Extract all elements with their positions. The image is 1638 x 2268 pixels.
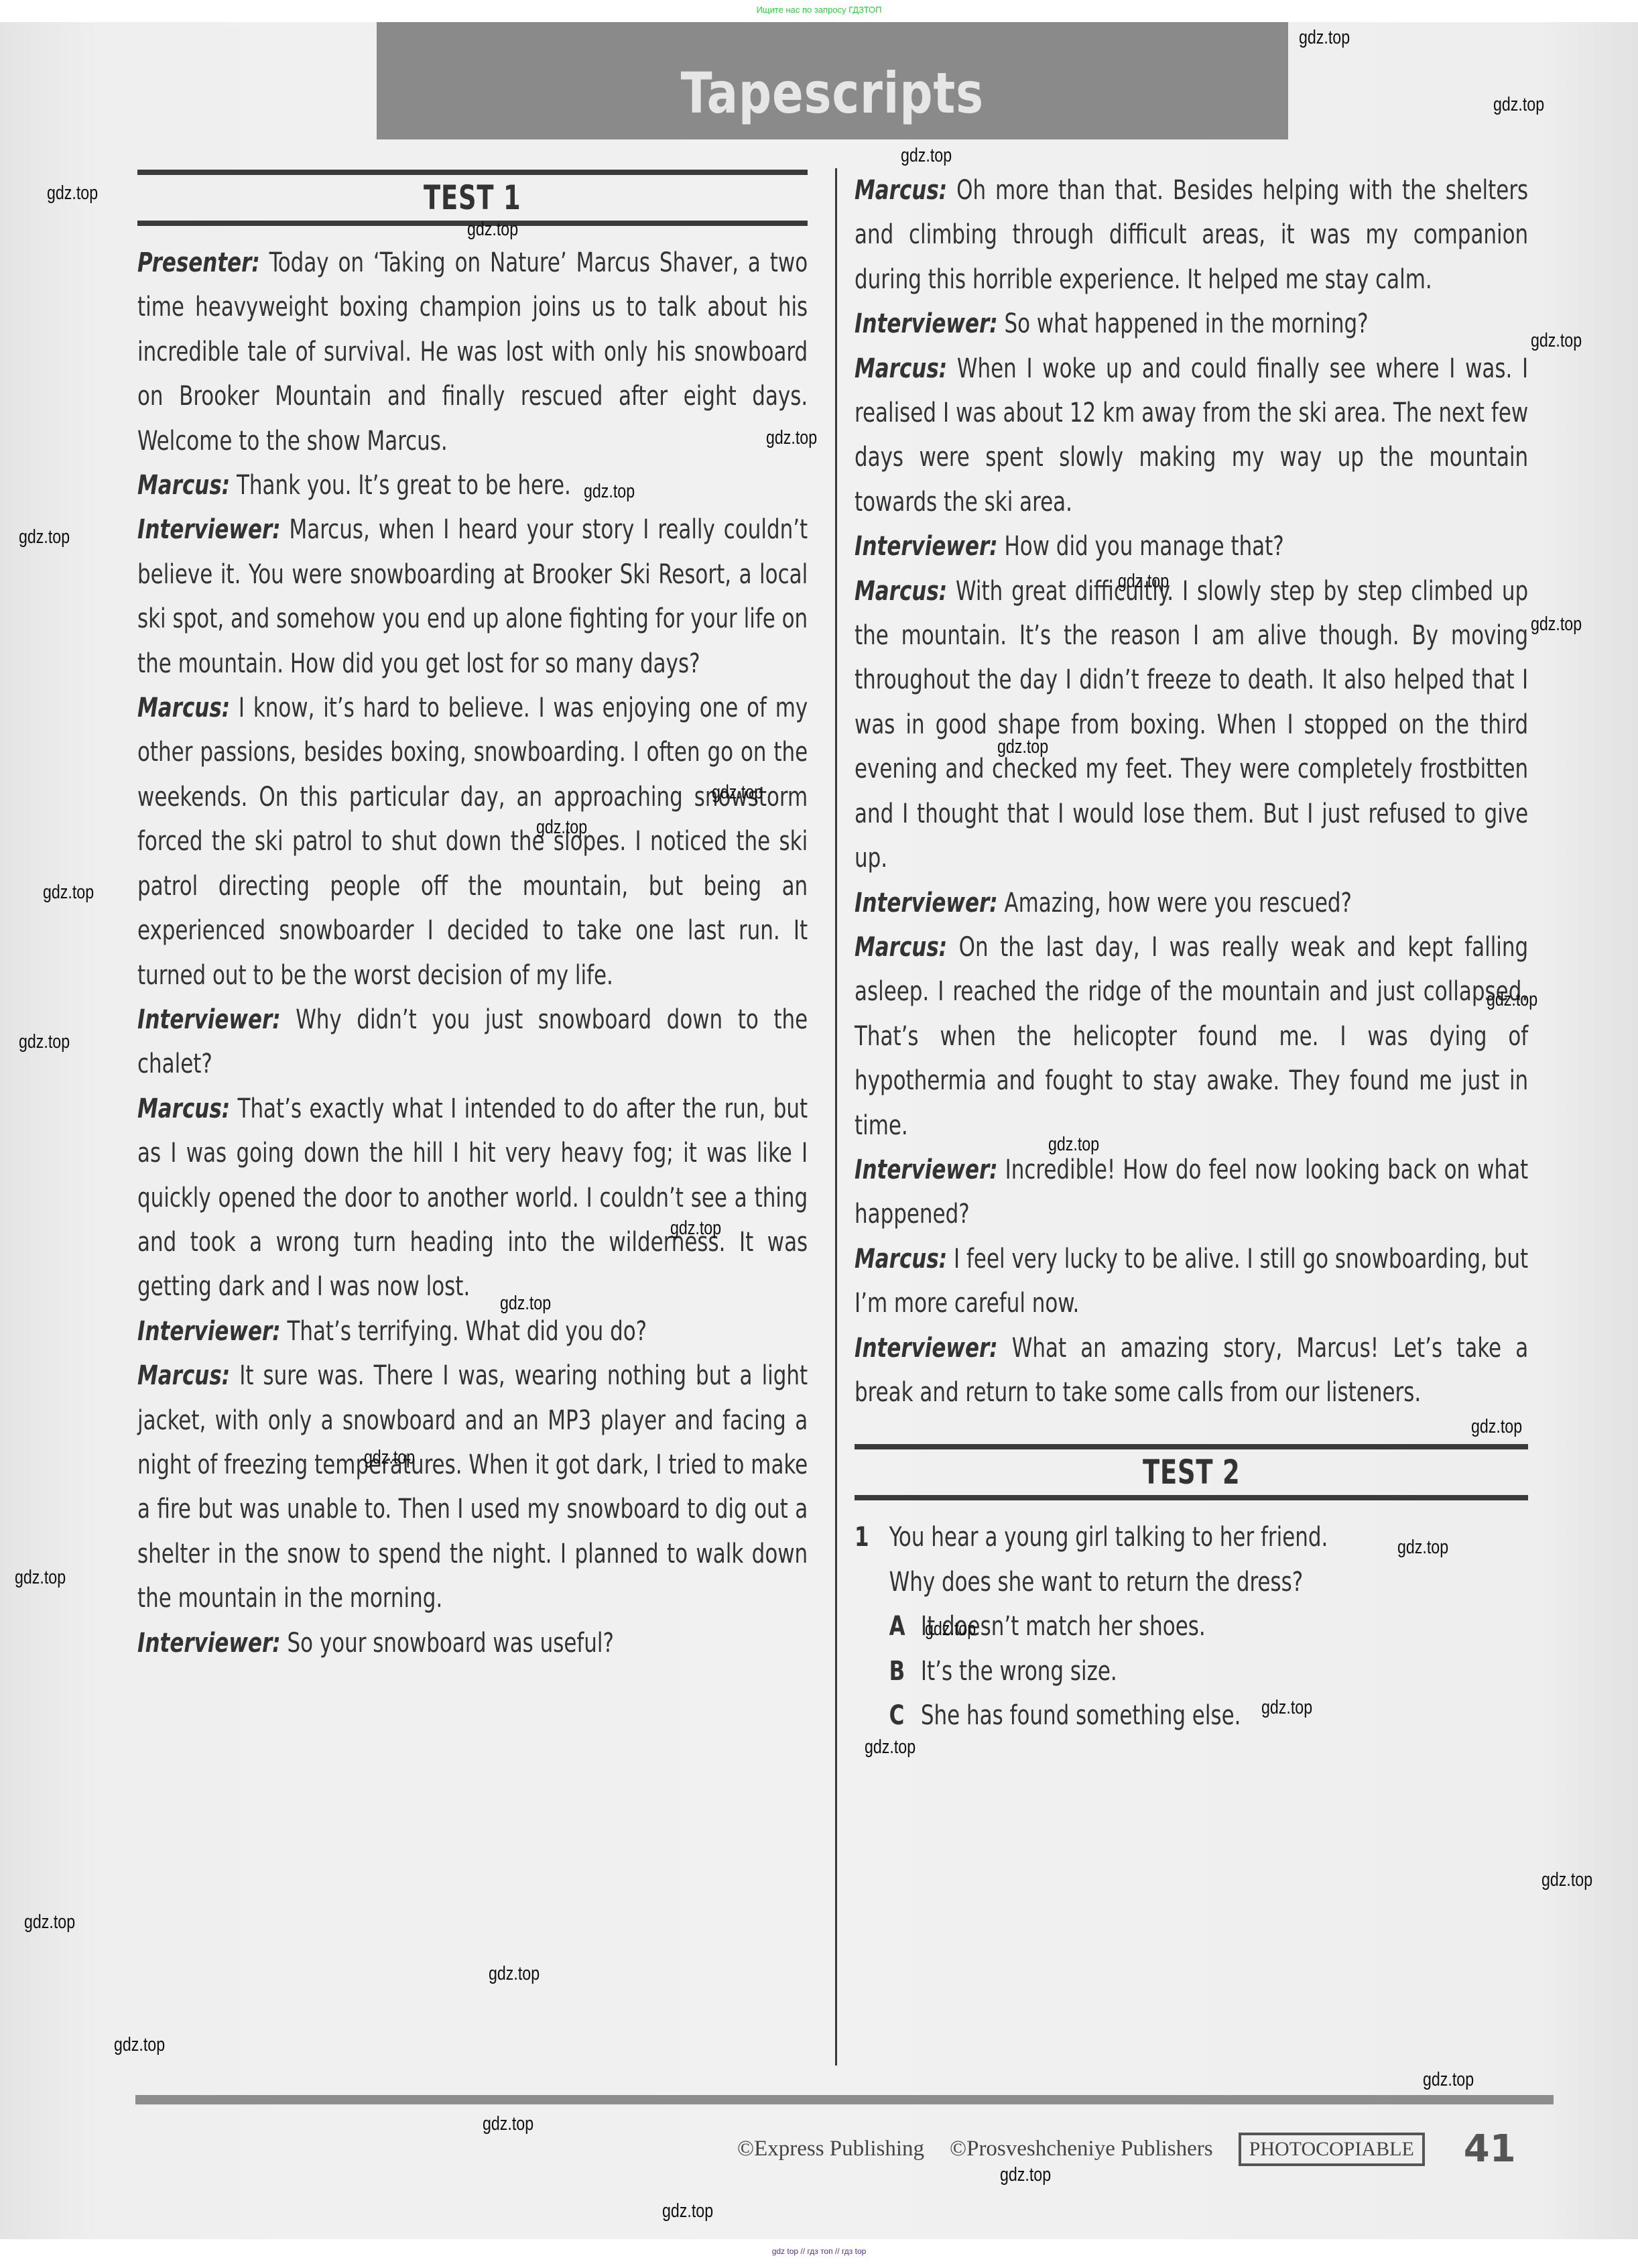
- option-letter: C: [889, 1693, 921, 1738]
- page-title-banner: Tapescripts: [377, 22, 1288, 139]
- speaker-label: Marcus:: [855, 175, 947, 206]
- left-column: TEST 1 Presenter: Today on ‘Taking on Na…: [137, 170, 808, 1665]
- speaker-label: Marcus:: [855, 353, 947, 384]
- gdz-watermark: gdz.top: [1541, 1869, 1592, 1891]
- gdz-watermark: gdz.top: [19, 1031, 70, 1053]
- photocopiable-badge: PHOTOCOPIABLE: [1239, 2133, 1425, 2166]
- gdz-watermark: gdz.top: [1531, 613, 1582, 636]
- transcript-paragraph: Marcus: When I woke up and could finally…: [855, 347, 1528, 525]
- speech-text: That’s exactly what I intended to do aft…: [137, 1093, 808, 1303]
- speech-text: On the last day, I was really weak and k…: [855, 932, 1528, 1141]
- speech-text: So your snowboard was useful?: [287, 1628, 613, 1659]
- speech-text: When I woke up and could finally see whe…: [855, 353, 1528, 518]
- page-title: Tapescripts: [681, 60, 984, 126]
- option-letter: A: [889, 1604, 921, 1649]
- speech-text: Oh more than that. Besides helping with …: [855, 175, 1528, 295]
- gdz-watermark: gdz.top: [766, 427, 817, 449]
- test1-heading: TEST 1: [137, 170, 808, 226]
- speaker-label: Marcus:: [137, 1093, 230, 1124]
- speech-text: So what happened in the morning?: [1004, 308, 1368, 339]
- gdz-watermark: gdz.top: [1471, 1416, 1522, 1438]
- speaker-label: Marcus:: [137, 470, 230, 501]
- transcript-paragraph: Marcus: I feel very lucky to be alive. I…: [855, 1237, 1528, 1326]
- gdz-watermark: gdz.top: [1261, 1697, 1312, 1719]
- gdz-watermark: gdz.top: [483, 2113, 533, 2135]
- option-text: She has found something else.: [921, 1693, 1241, 1738]
- gdz-watermark: gdz.top: [500, 1293, 551, 1315]
- footer-rule: [135, 2095, 1554, 2104]
- speaker-label: Marcus:: [855, 1244, 947, 1274]
- speech-text: Thank you. It’s great to be here.: [237, 470, 571, 501]
- gdz-watermark: gdz.top: [997, 736, 1048, 758]
- speaker-label: Interviewer:: [855, 308, 998, 339]
- textbook-page: Tapescripts TEST 1 Presenter: Today on ‘…: [0, 22, 1638, 2239]
- transcript-paragraph: Marcus: I know, it’s hard to believe. I …: [137, 686, 808, 998]
- transcript-paragraph: Presenter: Today on ‘Taking on Nature’ M…: [137, 241, 808, 463]
- gdz-watermark: gdz.top: [1423, 2069, 1474, 2091]
- gdz-watermark: gdz.top: [43, 882, 94, 904]
- gdz-watermark: gdz.top: [536, 817, 587, 839]
- option-text: It’s the wrong size.: [921, 1649, 1117, 1693]
- gdz-watermark: gdz.top: [47, 182, 98, 204]
- test1-left-transcript: Presenter: Today on ‘Taking on Nature’ M…: [137, 241, 808, 1665]
- gdz-watermark: gdz.top: [662, 2200, 713, 2222]
- transcript-paragraph: Interviewer: That’s terrifying. What did…: [137, 1309, 808, 1354]
- gdz-watermark: gdz.top: [925, 1618, 976, 1640]
- gdz-watermark: gdz.top: [19, 526, 70, 548]
- transcript-paragraph: Interviewer: So your snowboard was usefu…: [137, 1621, 808, 1665]
- speaker-label: Interviewer:: [855, 1154, 998, 1185]
- gdz-watermark: gdz.top: [364, 1447, 415, 1469]
- page-number: 41: [1464, 2127, 1516, 2171]
- speaker-label: Marcus:: [137, 1360, 230, 1391]
- speaker-label: Interviewer:: [855, 531, 998, 562]
- gdz-watermark: gdz.top: [467, 219, 518, 241]
- transcript-paragraph: Interviewer: Marcus, when I heard your s…: [137, 508, 808, 686]
- test2-heading-text: TEST 2: [1143, 1449, 1241, 1495]
- publisher-prosveshcheniye: ©Prosveshcheniye Publishers: [950, 2137, 1213, 2161]
- gdz-watermark: gdz.top: [24, 1911, 75, 1933]
- speech-text: I know, it’s hard to believe. I was enjo…: [137, 693, 808, 990]
- gdz-watermark: gdz.top: [901, 145, 952, 167]
- gdz-watermark: gdz.top: [1118, 571, 1169, 593]
- gdz-watermark: gdz.top: [1493, 94, 1544, 116]
- transcript-paragraph: Interviewer: What an amazing story, Marc…: [855, 1326, 1528, 1415]
- speech-text: Amazing, how were you rescued?: [1004, 888, 1352, 918]
- gdz-watermark: gdz.top: [15, 1567, 66, 1589]
- option-b: B It’s the wrong size.: [855, 1649, 1528, 1693]
- speaker-label: Interviewer:: [137, 1316, 281, 1347]
- speech-text: It sure was. There I was, wearing nothin…: [137, 1360, 808, 1614]
- question-row: Why does she want to return the dress?: [855, 1560, 1528, 1604]
- gdz-watermark: gdz.top: [1048, 1134, 1099, 1156]
- gdz-watermark: gdz.top: [1487, 989, 1537, 1011]
- question-number: 1: [855, 1515, 889, 1559]
- speech-text: How did you manage that?: [1004, 531, 1283, 562]
- transcript-paragraph: Marcus: It sure was. There I was, wearin…: [137, 1354, 808, 1620]
- transcript-paragraph: Marcus: Thank you. It’s great to be here…: [137, 463, 808, 508]
- transcript-paragraph: Interviewer: Incredible! How do feel now…: [855, 1148, 1528, 1237]
- gdz-watermark: gdz.top: [584, 481, 635, 503]
- page-footer: ©Express Publishing ©Prosveshcheniye Pub…: [737, 2127, 1516, 2171]
- option-c: C She has found something else.: [855, 1693, 1528, 1738]
- speaker-label: Interviewer:: [137, 514, 281, 545]
- question-line1: You hear a young girl talking to her fri…: [889, 1515, 1328, 1559]
- transcript-paragraph: Interviewer: How did you manage that?: [855, 524, 1528, 569]
- gdz-watermark: gdz.top: [712, 782, 763, 804]
- gdz-watermark: gdz.top: [114, 2034, 165, 2056]
- bottom-watermark-banner: gdz top // гдз топ // гдз top: [0, 2247, 1638, 2256]
- gdz-watermark: gdz.top: [1531, 330, 1582, 352]
- transcript-paragraph: Interviewer: Amazing, how were you rescu…: [855, 881, 1528, 925]
- column-divider: [835, 168, 837, 2066]
- speech-text: With great difficultly. I slowly step by…: [855, 576, 1528, 874]
- test1-right-transcript: Marcus: Oh more than that. Besides helpi…: [855, 168, 1528, 1415]
- option-letter: B: [889, 1649, 921, 1693]
- speaker-label: Marcus:: [855, 932, 947, 963]
- transcript-paragraph: Interviewer: Why didn’t you just snowboa…: [137, 998, 808, 1087]
- speaker-label: Marcus:: [137, 693, 230, 723]
- speech-text: I feel very lucky to be alive. I still g…: [855, 1244, 1528, 1319]
- right-column: Marcus: Oh more than that. Besides helpi…: [855, 168, 1528, 1738]
- gdz-watermark: gdz.top: [865, 1736, 916, 1758]
- transcript-paragraph: Interviewer: So what happened in the mor…: [855, 302, 1528, 346]
- transcript-paragraph: Marcus: On the last day, I was really we…: [855, 925, 1528, 1148]
- transcript-paragraph: Marcus: With great difficultly. I slowly…: [855, 569, 1528, 881]
- speech-text: Today on ‘Taking on Nature’ Marcus Shave…: [137, 247, 808, 457]
- search-promo-banner: Ищите нас по запросу ГДЗТОП: [0, 0, 1638, 21]
- gdz-watermark: gdz.top: [670, 1217, 721, 1240]
- transcript-paragraph: Marcus: Oh more than that. Besides helpi…: [855, 168, 1528, 302]
- speech-text: That’s terrifying. What did you do?: [287, 1316, 647, 1347]
- test1-heading-text: TEST 1: [424, 175, 521, 221]
- gdz-watermark: gdz.top: [489, 1963, 540, 1985]
- speaker-label: Interviewer:: [137, 1628, 281, 1659]
- gdz-watermark: gdz.top: [1397, 1537, 1448, 1559]
- speaker-label: Interviewer:: [855, 888, 998, 918]
- speaker-label: Interviewer:: [137, 1004, 281, 1035]
- gdz-watermark: gdz.top: [1299, 27, 1350, 49]
- speaker-label: Presenter:: [137, 247, 260, 278]
- publisher-express: ©Express Publishing: [737, 2137, 924, 2161]
- speaker-label: Marcus:: [855, 576, 947, 607]
- speaker-label: Interviewer:: [855, 1333, 998, 1364]
- transcript-paragraph: Marcus: That’s exactly what I intended t…: [137, 1087, 808, 1309]
- gdz-watermark: gdz.top: [1000, 2164, 1051, 2186]
- test2-heading: TEST 2: [855, 1444, 1528, 1500]
- question-line2: Why does she want to return the dress?: [889, 1560, 1304, 1604]
